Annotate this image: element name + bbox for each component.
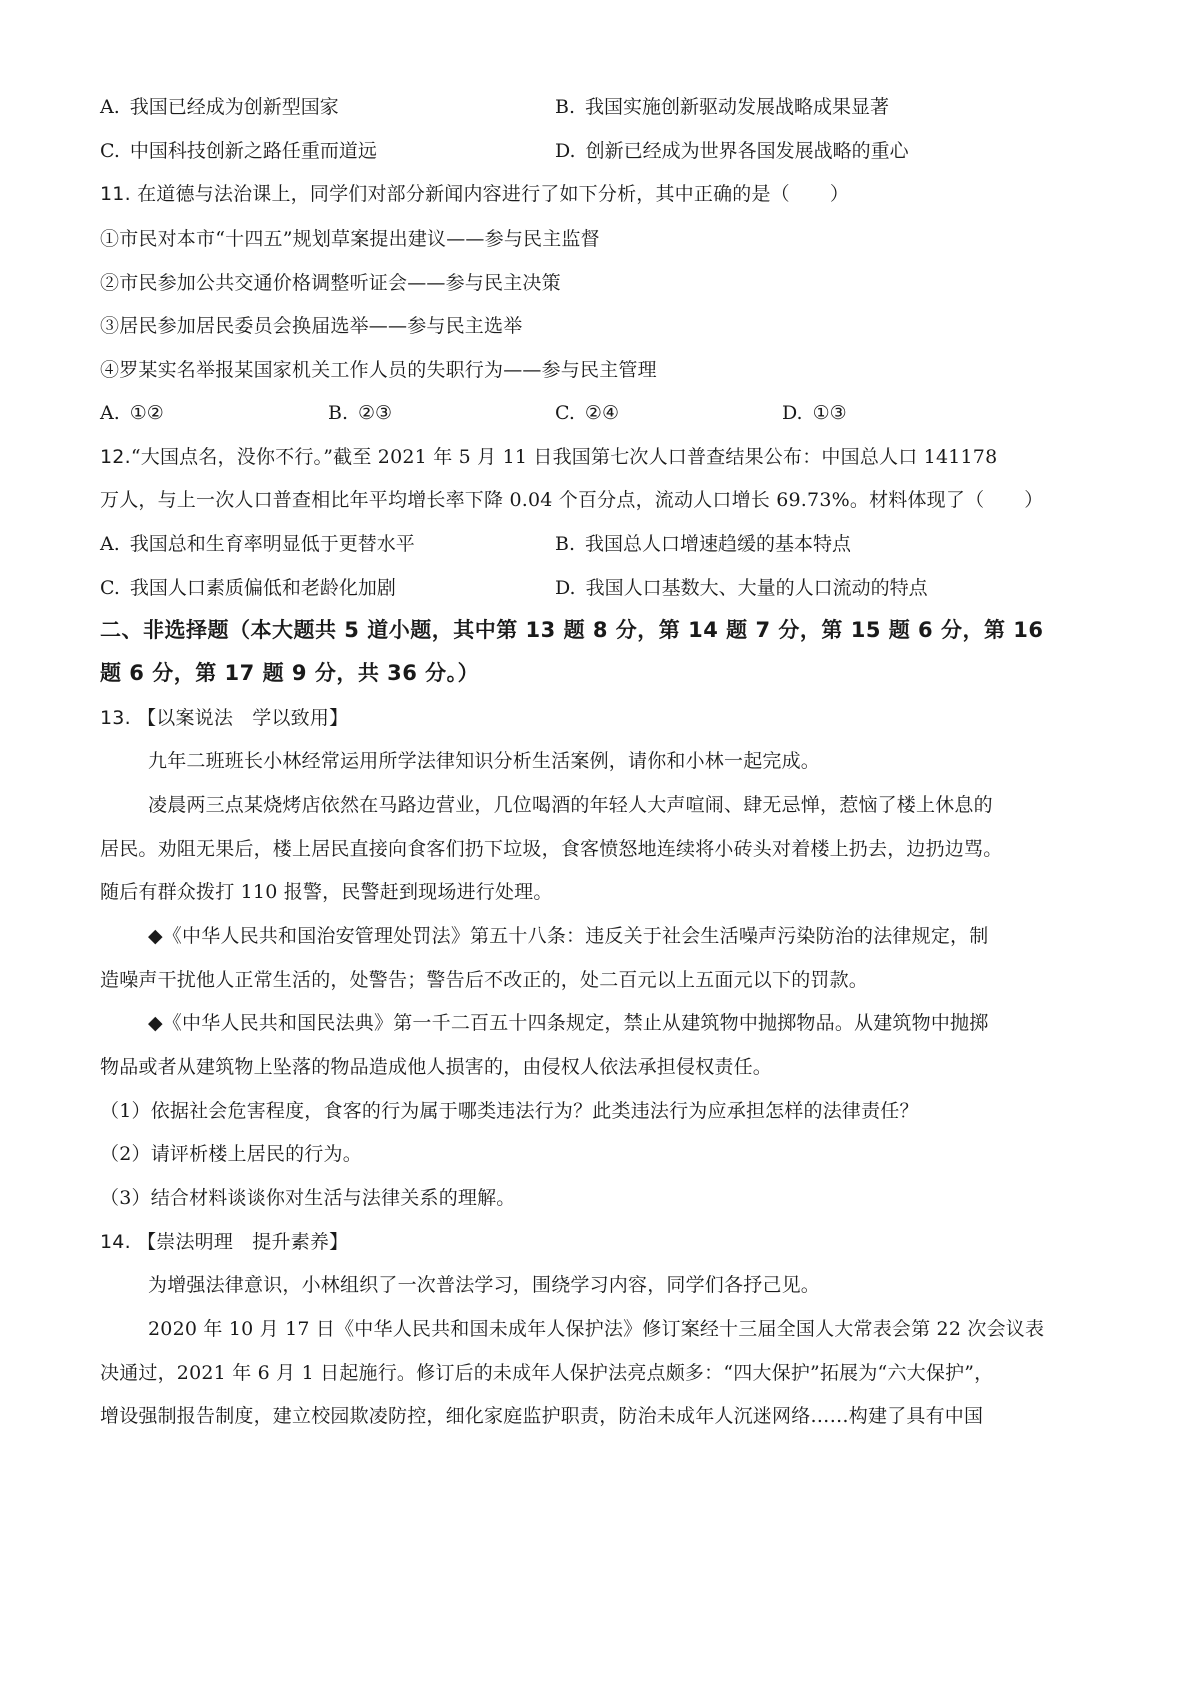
option-letter: D. bbox=[555, 140, 576, 162]
option-letter: A. bbox=[100, 402, 120, 424]
question-text: “大国点名，没你不行。”截至 2021 年 5 月 11 日我国第七次人口普查结… bbox=[131, 446, 998, 468]
paren-close: ） bbox=[830, 183, 849, 205]
q10-option-b: B.我国实施创新驱动发展战略成果显著 bbox=[555, 94, 889, 120]
q11-statement-2: ②市民参加公共交通价格调整听证会——参与民主决策 bbox=[100, 270, 561, 296]
option-letter: A. bbox=[100, 533, 120, 555]
question-title: 【以案说法 学以致用】 bbox=[137, 707, 348, 729]
option-text: 我国总和生育率明显低于更替水平 bbox=[130, 533, 415, 555]
option-letter: B. bbox=[328, 402, 348, 424]
q12-option-a: A.我国总和生育率明显低于更替水平 bbox=[100, 531, 415, 557]
option-letter: D. bbox=[555, 577, 576, 599]
q11-option-c: C.②④ bbox=[555, 400, 619, 426]
q12-stem-line-1: 12.“大国点名，没你不行。”截至 2021 年 5 月 11 日我国第七次人口… bbox=[100, 444, 997, 470]
q11-option-a: A.①② bbox=[100, 400, 164, 426]
question-number: 14. bbox=[100, 1231, 131, 1253]
option-letter: C. bbox=[100, 140, 120, 162]
q11-options-row: A.①② B.②③ C.②④ D.①③ bbox=[100, 400, 1100, 426]
q14-intro: 为增强法律意识，小林组织了一次普法学习，围绕学习内容，同学们各抒己见。 bbox=[148, 1272, 820, 1298]
q14-para-line-1: 2020 年 10 月 17 日《中华人民共和国未成年人保护法》修订案经十三届全… bbox=[148, 1316, 1044, 1342]
section-heading-line-2: 题 6 分，第 17 题 9 分，共 36 分。） bbox=[100, 660, 479, 686]
option-letter: B. bbox=[555, 96, 575, 118]
option-text: ②③ bbox=[358, 402, 392, 424]
option-letter: C. bbox=[100, 577, 120, 599]
q12-option-b: B.我国总人口增速趋缓的基本特点 bbox=[555, 531, 851, 557]
q11-option-d: D.①③ bbox=[782, 400, 847, 426]
q12-options-row-2: C.我国人口素质偏低和老龄化加剧 D.我国人口基数大、大量的人口流动的特点 bbox=[100, 575, 1100, 601]
q13-sub-question-1: （1）依据社会危害程度，食客的行为属于哪类违法行为？此类违法行为应承担怎样的法律… bbox=[100, 1098, 919, 1124]
q14-title: 14. 【崇法明理 提升素养】 bbox=[100, 1229, 348, 1255]
q12-stem-line-2: 万人，与上一次人口普查相比年平均增长率下降 0.04 个百分点，流动人口增长 6… bbox=[100, 487, 1043, 513]
paren-close: ） bbox=[1024, 489, 1043, 511]
option-text: 中国科技创新之路任重而道远 bbox=[130, 140, 377, 162]
option-letter: A. bbox=[100, 96, 120, 118]
option-text: 我国总人口增速趋缓的基本特点 bbox=[585, 533, 851, 555]
q12-options-row-1: A.我国总和生育率明显低于更替水平 B.我国总人口增速趋缓的基本特点 bbox=[100, 531, 1100, 557]
option-text: 创新已经成为世界各国发展战略的重心 bbox=[586, 140, 909, 162]
q14-para-line-3: 增设强制报告制度，建立校园欺凌防控，细化家庭监护职责，防治未成年人沉迷网络……构… bbox=[100, 1403, 983, 1429]
q13-case-line-2: 居民。劝阻无果后，楼上居民直接向食客们扔下垃圾，食客愤怒地连续将小砖头对着楼上扔… bbox=[100, 836, 1002, 862]
option-text: 我国实施创新驱动发展战略成果显著 bbox=[585, 96, 889, 118]
q12-option-c: C.我国人口素质偏低和老龄化加剧 bbox=[100, 575, 396, 601]
q11-stem: 11. 在道德与法治课上，同学们对部分新闻内容进行了如下分析，其中正确的是（） bbox=[100, 181, 849, 207]
question-number: 12. bbox=[100, 446, 131, 468]
option-text: 我国人口素质偏低和老龄化加剧 bbox=[130, 577, 396, 599]
q13-case-line-3: 随后有群众拨打 110 报警，民警赶到现场进行处理。 bbox=[100, 879, 553, 905]
q10-option-d: D.创新已经成为世界各国发展战略的重心 bbox=[555, 138, 909, 164]
q13-sub-question-3: （3）结合材料谈谈你对生活与法律关系的理解。 bbox=[100, 1185, 516, 1211]
q13-intro: 九年二班班长小林经常运用所学法律知识分析生活案例，请你和小林一起完成。 bbox=[148, 748, 820, 774]
option-text: 我国人口基数大、大量的人口流动的特点 bbox=[586, 577, 928, 599]
q11-statement-4: ④罗某实名举报某国家机关工作人员的失职行为——参与民主管理 bbox=[100, 357, 657, 383]
option-text: ②④ bbox=[585, 402, 619, 424]
q13-case-line-1: 凌晨两三点某烧烤店依然在马路边营业，几位喝酒的年轻人大声喧闹、肆无忌惮，惹恼了楼… bbox=[148, 792, 993, 818]
q12-option-d: D.我国人口基数大、大量的人口流动的特点 bbox=[555, 575, 928, 601]
option-text: ①② bbox=[130, 402, 164, 424]
q13-law-1-line-1: ◆《中华人民共和国治安管理处罚法》第五十八条：违反关于社会生活噪声污染防治的法律… bbox=[148, 923, 988, 949]
q11-statement-3: ③居民参加居民委员会换届选举——参与民主选举 bbox=[100, 313, 522, 339]
section-heading-line-1: 二、非选择题（本大题共 5 道小题，其中第 13 题 8 分，第 14 题 7 … bbox=[100, 617, 1044, 643]
option-letter: C. bbox=[555, 402, 575, 424]
q14-para-line-2: 决通过，2021 年 6 月 1 日起施行。修订后的未成年人保护法亮点颇多：“四… bbox=[100, 1360, 993, 1386]
question-number: 13. bbox=[100, 707, 131, 729]
q10-options-row-2: C.中国科技创新之路任重而道远 D.创新已经成为世界各国发展战略的重心 bbox=[100, 138, 1100, 164]
q11-option-b: B.②③ bbox=[328, 400, 392, 426]
q10-option-a: A.我国已经成为创新型国家 bbox=[100, 94, 339, 120]
question-text: 万人，与上一次人口普查相比年平均增长率下降 0.04 个百分点，流动人口增长 6… bbox=[100, 489, 984, 511]
q11-statement-1: ①市民对本市“十四五”规划草案提出建议——参与民主监督 bbox=[100, 226, 600, 252]
q10-options-row-1: A.我国已经成为创新型国家 B.我国实施创新驱动发展战略成果显著 bbox=[100, 94, 1100, 120]
option-text: ①③ bbox=[813, 402, 847, 424]
q13-title: 13. 【以案说法 学以致用】 bbox=[100, 705, 348, 731]
q10-option-c: C.中国科技创新之路任重而道远 bbox=[100, 138, 377, 164]
question-text: 在道德与法治课上，同学们对部分新闻内容进行了如下分析，其中正确的是（ bbox=[137, 183, 790, 205]
option-letter: D. bbox=[782, 402, 803, 424]
q13-law-2-line-1: ◆《中华人民共和国民法典》第一千二百五十四条规定，禁止从建筑物中抛掷物品。从建筑… bbox=[148, 1010, 988, 1036]
q13-sub-question-2: （2）请评析楼上居民的行为。 bbox=[100, 1141, 362, 1167]
option-text: 我国已经成为创新型国家 bbox=[130, 96, 339, 118]
q13-law-1-line-2: 造噪声干扰他人正常生活的，处警告；警告后不改正的，处二百元以上五面元以下的罚款。 bbox=[100, 967, 868, 993]
question-number: 11. bbox=[100, 183, 131, 205]
q13-law-2-line-2: 物品或者从建筑物上坠落的物品造成他人损害的，由侵权人依法承担侵权责任。 bbox=[100, 1054, 772, 1080]
option-letter: B. bbox=[555, 533, 575, 555]
question-title: 【崇法明理 提升素养】 bbox=[137, 1231, 348, 1253]
